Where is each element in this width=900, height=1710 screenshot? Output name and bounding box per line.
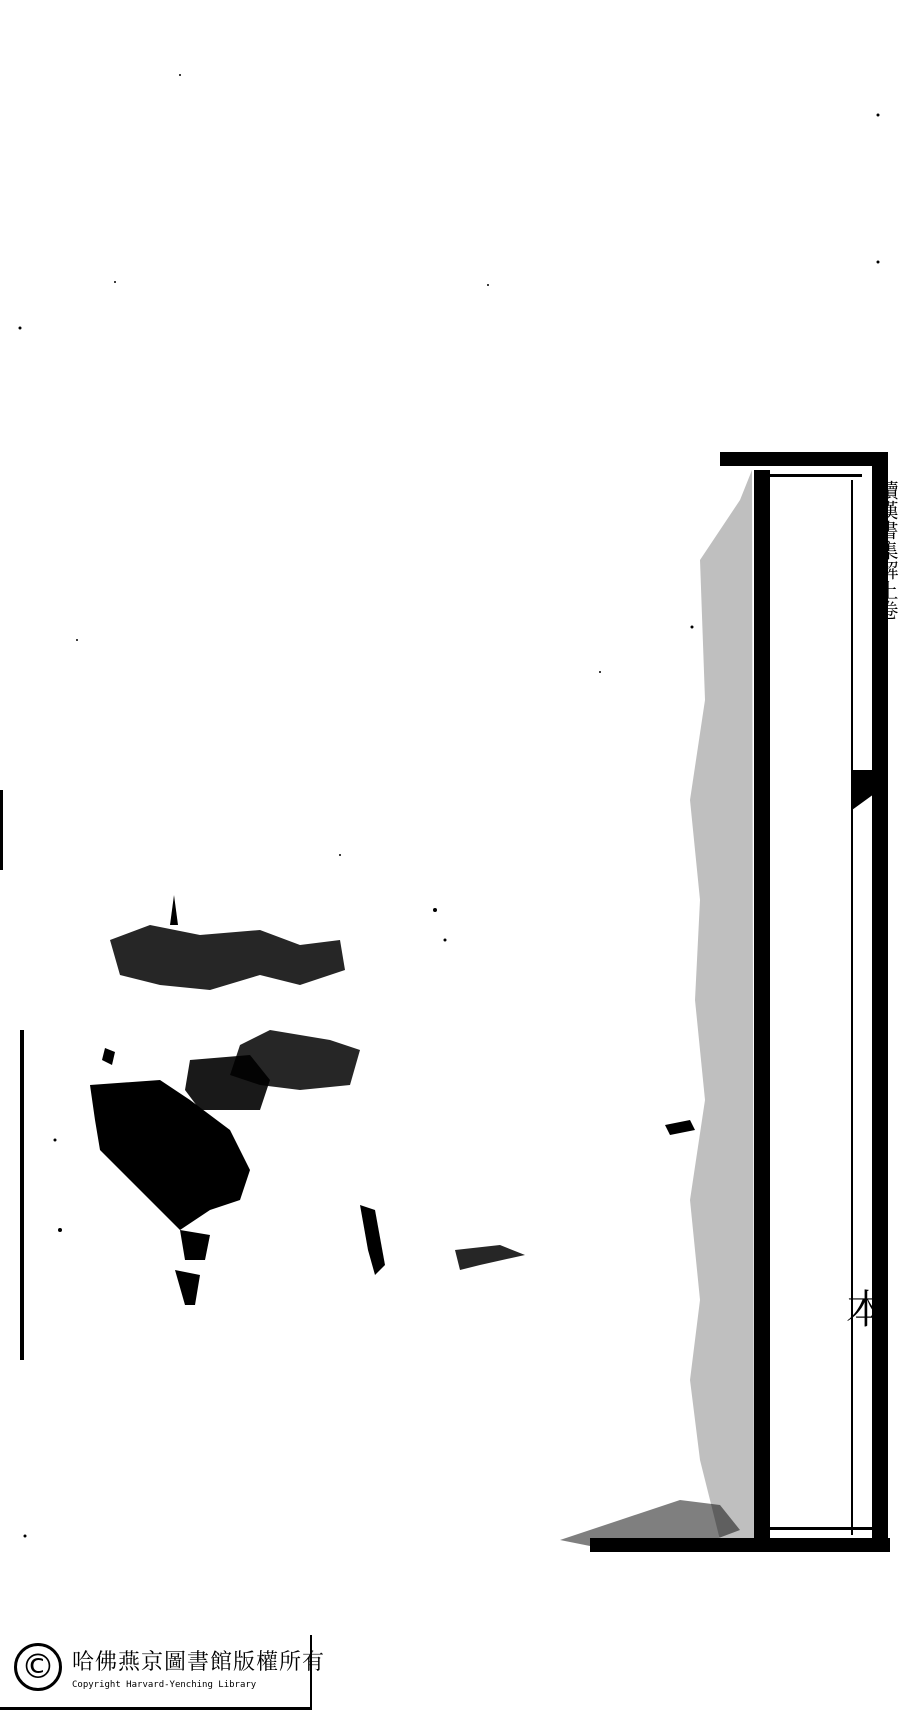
frame-bottom-inner-rule [762, 1527, 872, 1530]
frame-left-border [754, 470, 770, 1545]
frame-top-inner-rule [762, 474, 862, 477]
frame-top-border [720, 452, 888, 466]
frame-bottom-border [590, 1538, 890, 1552]
left-edge-mark [0, 790, 3, 870]
copyright-chinese: 哈佛燕京圖書館版權所有 [72, 1645, 325, 1676]
title-strip-text: 續漢書集解上卷 [878, 480, 900, 900]
copyright-english: Copyright Harvard-Yenching Library [72, 1680, 256, 1690]
partial-character: 本 [846, 1290, 886, 1330]
copyright-icon: © [14, 1643, 62, 1691]
frame-inner-rule [851, 480, 853, 1535]
left-edge-line [20, 1030, 24, 1360]
scanned-page: 續漢書集解上卷 本 © 哈佛燕京圖書館版權所有 Copyright Harvar… [0, 0, 900, 1710]
copyright-notice: © 哈佛燕京圖書館版權所有 Copyright Harvard-Yenching… [0, 1635, 312, 1710]
